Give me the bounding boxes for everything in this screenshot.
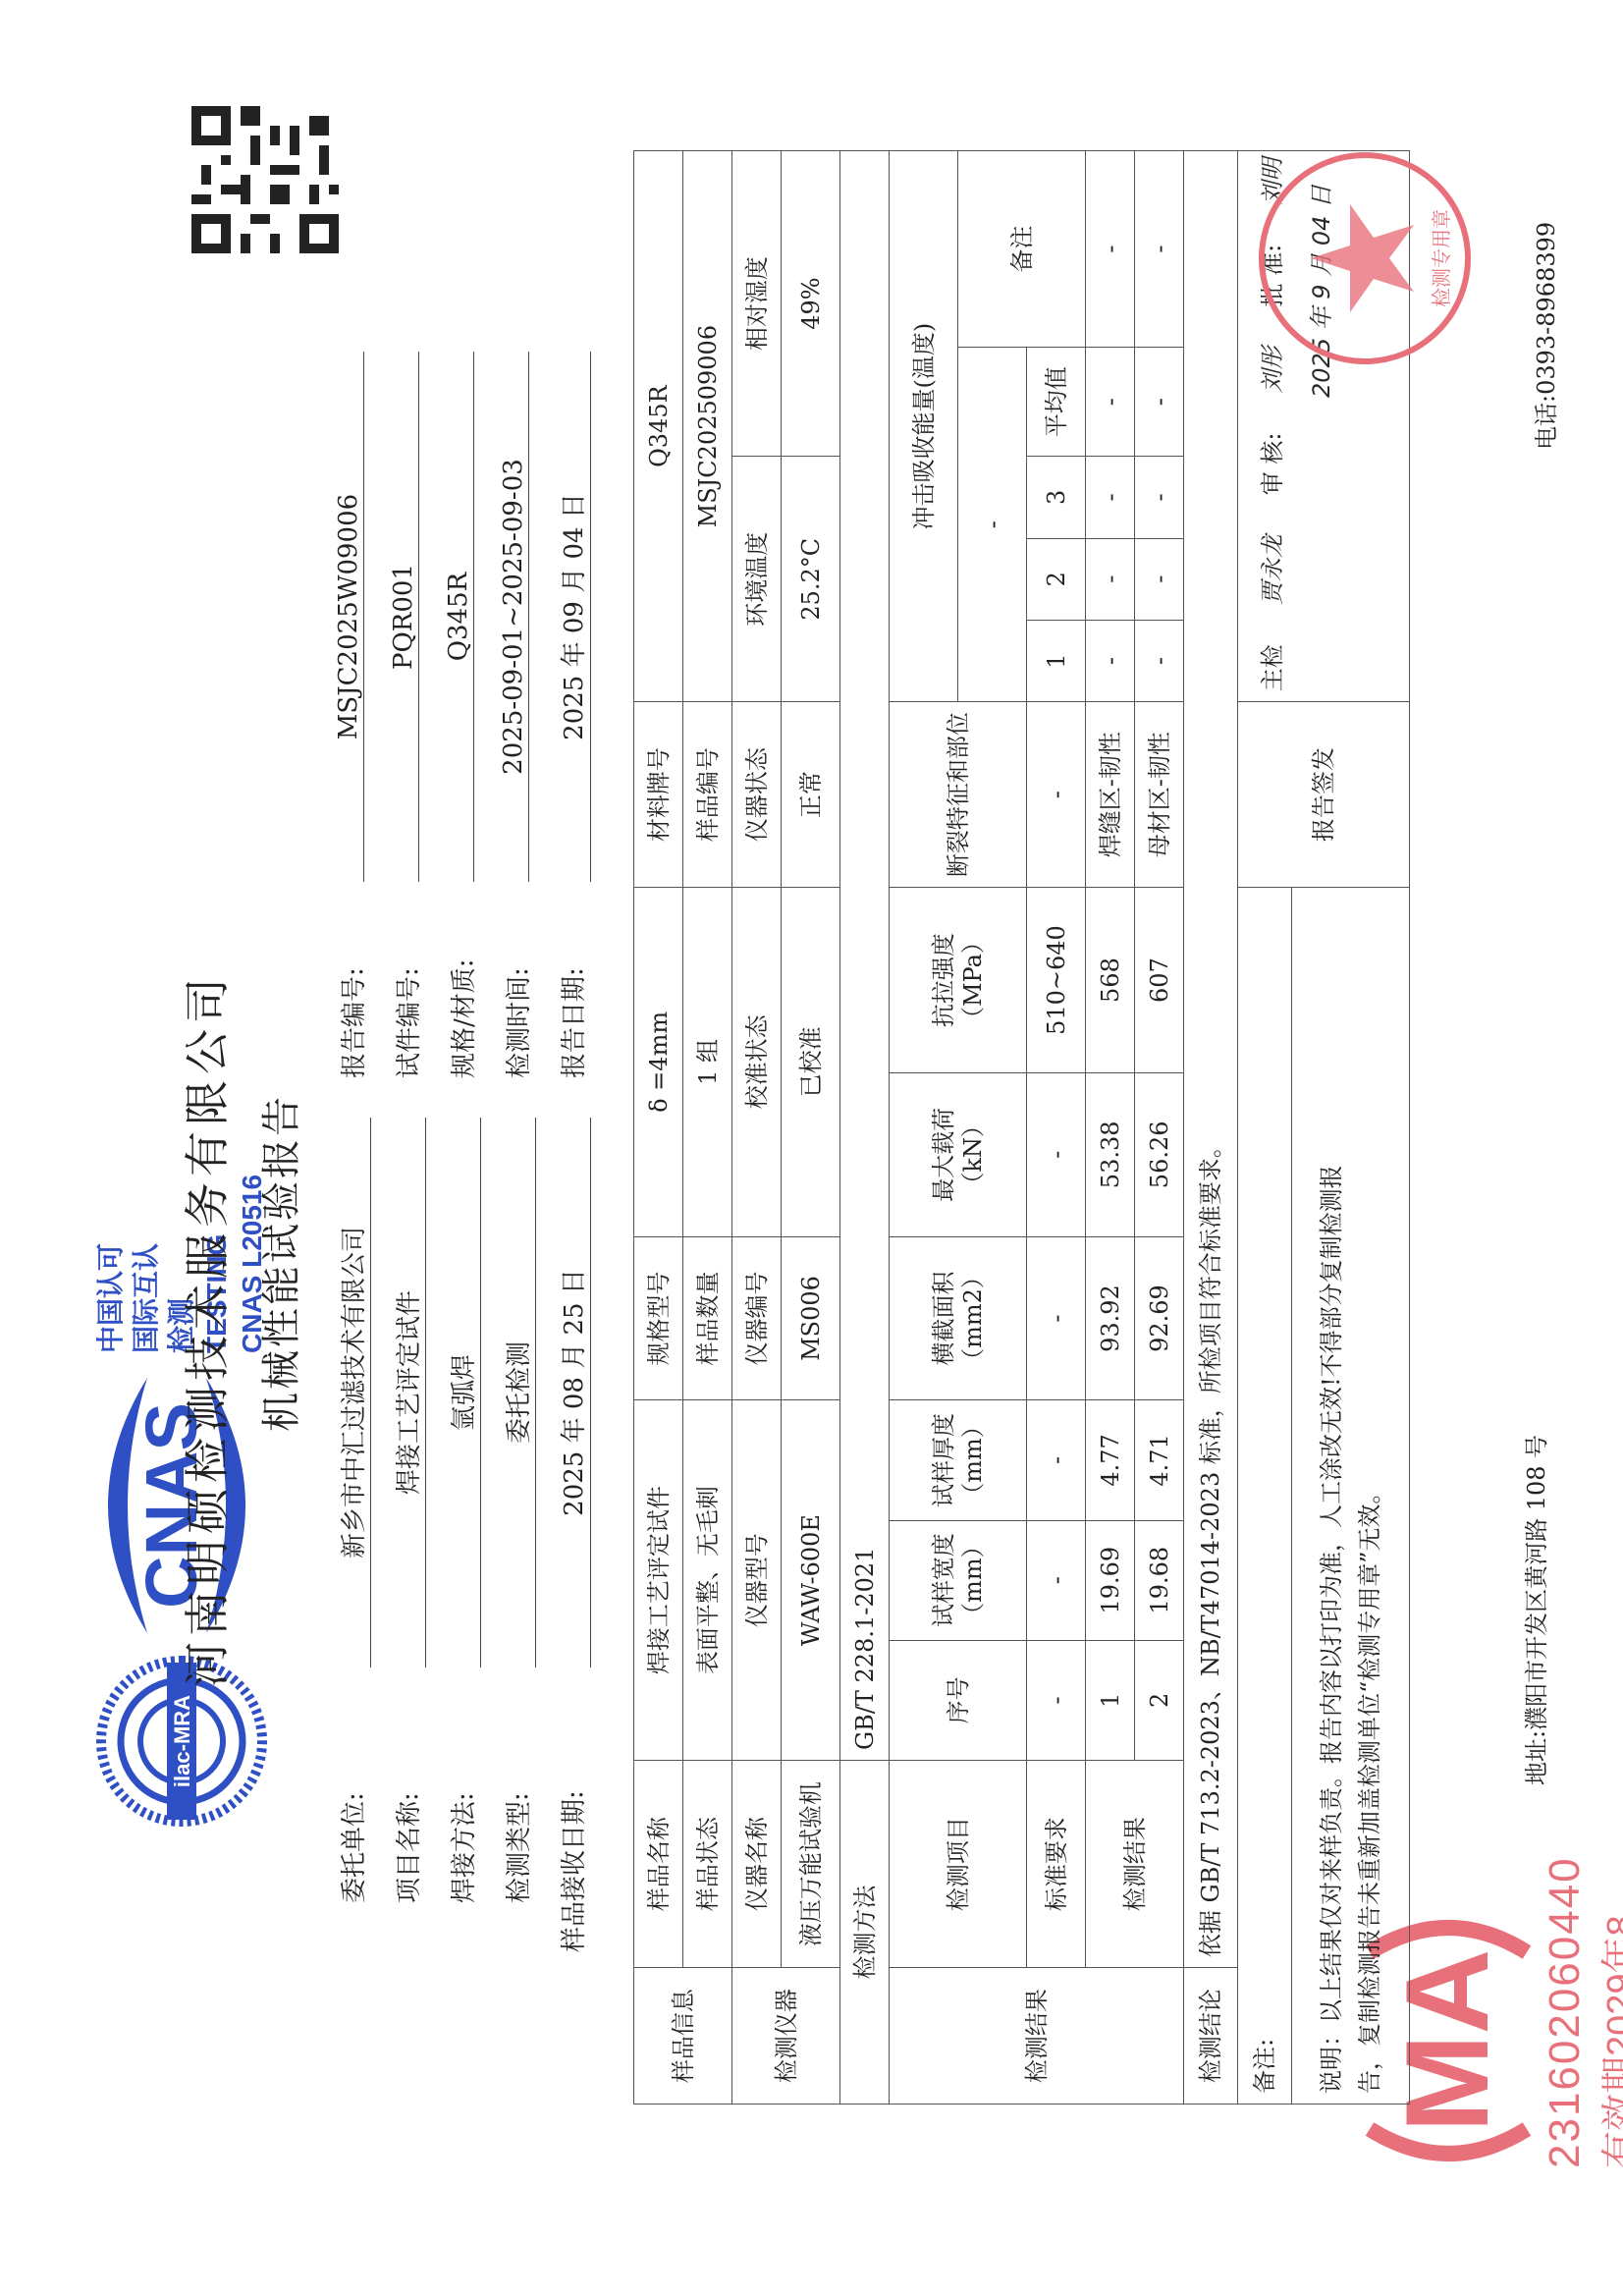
cell-value: 19.69 xyxy=(1086,1520,1135,1640)
cell-value: 510~640 xyxy=(1027,888,1086,1073)
ma-stamp-validity: 有效期2029年8月13日 xyxy=(1590,1893,1623,2168)
seal-star-icon: 检测专用章 xyxy=(1252,145,1478,371)
specimen-no-value: PQR001 xyxy=(389,352,419,882)
impact-sub: 2 xyxy=(1027,538,1086,620)
cell-value: 2 xyxy=(1135,1640,1184,1760)
receipt-date-label: 样品接收日期: xyxy=(554,1790,590,1952)
cell-value: 正常 xyxy=(782,702,840,888)
client-label: 委托单位: xyxy=(334,1792,370,1903)
cell-value: - xyxy=(1027,1640,1086,1760)
cell-label: 样品编号 xyxy=(683,702,732,888)
cell-value: - xyxy=(1135,620,1184,701)
cell-value: 表面平整、无毛刺 xyxy=(683,1400,732,1761)
impact-sub: 1 xyxy=(1027,620,1086,701)
cell-value: 液压万能试验机 xyxy=(782,1761,840,1968)
footer-address: 地址:濮阳市开发区黄河路 108 号 xyxy=(1517,1435,1551,1785)
cnas-line2: 国际互认 xyxy=(129,1175,164,1353)
report-no-value: MSJC2025W09006 xyxy=(334,352,364,882)
impact-temp: - xyxy=(958,348,1027,702)
spec-material-value: Q345R xyxy=(444,352,474,882)
col-impact: 冲击吸收能量(温度) xyxy=(890,151,958,702)
cell-value: - xyxy=(1027,1236,1086,1400)
svg-text:ilac-MRA: ilac-MRA xyxy=(170,1695,194,1787)
cell-value: 607 xyxy=(1135,888,1184,1073)
report-page: MA 231602060440 有效期2029年8月13日 ilac-MRA C… xyxy=(0,0,1623,2296)
cell-value: - xyxy=(1086,538,1135,620)
cell-value: 1 组 xyxy=(683,888,732,1237)
cell-label: 仪器编号 xyxy=(732,1236,782,1400)
col-thickness: 试样厚度（mm） xyxy=(890,1400,1027,1520)
weld-method-value: 氩弧焊 xyxy=(444,1118,481,1667)
cell-value: 92.69 xyxy=(1135,1236,1184,1400)
cell-value: 母材区-韧性 xyxy=(1135,702,1184,888)
cell-value: 25.2°C xyxy=(782,457,840,702)
cell-value: 4.71 xyxy=(1135,1400,1184,1520)
cell-value: WAW-600E xyxy=(782,1400,840,1761)
cell-label: 仪器状态 xyxy=(732,702,782,888)
method-label: 检测方法 xyxy=(840,1761,890,2105)
test-period-label: 检测时间: xyxy=(499,967,535,1078)
cell-value: - xyxy=(1135,151,1184,348)
report-date-label: 报告日期: xyxy=(554,967,590,1078)
cell-label: 相对湿度 xyxy=(732,151,782,457)
cell-label: 规格型号 xyxy=(634,1236,683,1400)
report-date-value: 2025 年 09 月 04 日 xyxy=(554,352,591,882)
test-result-label: 检测结果 xyxy=(1086,1761,1184,1968)
statement-line2: 告，复制检测报告未重新加盖检测单位“检测专用章”无效。 xyxy=(1351,892,1388,2094)
report-title: 机械性能试验报告 xyxy=(250,1094,306,1432)
cell-value: 已校准 xyxy=(782,888,840,1237)
qr-code[interactable] xyxy=(191,106,339,253)
cell-value: - xyxy=(1135,538,1184,620)
weld-method-label: 焊接方法: xyxy=(444,1792,480,1903)
col-width: 试样宽度（mm） xyxy=(890,1520,1027,1640)
col-fracture: 断裂特征和部位 xyxy=(890,702,1027,888)
test-type-value: 委托检测 xyxy=(499,1118,536,1667)
main-table: 样品信息 样品名称 焊接工艺评定试件 规格型号 δ =4mm 材料牌号 Q345… xyxy=(633,150,1410,2105)
signoff-label: 报告签发 xyxy=(1238,702,1410,888)
cell-label: 样品数量 xyxy=(683,1236,732,1400)
project-value: 焊接工艺评定试件 xyxy=(389,1118,426,1667)
conclusion-label: 检测结论 xyxy=(1184,1968,1238,2105)
col-area: 横截面积（mm2） xyxy=(890,1236,1027,1400)
standard-label: 标准要求 xyxy=(1027,1761,1086,1968)
impact-sub: 平均值 xyxy=(1027,348,1086,457)
instrument-section: 检测仪器 xyxy=(732,1968,840,2105)
cell-value: - xyxy=(1086,620,1135,701)
cell-label: 样品名称 xyxy=(634,1761,683,1968)
cell-label: 仪器名称 xyxy=(732,1761,782,1968)
remarks-label: 备注: xyxy=(1238,888,1292,2105)
svg-text:检测专用章: 检测专用章 xyxy=(1430,209,1453,307)
cell-value: 568 xyxy=(1086,888,1135,1073)
impact-sub: 3 xyxy=(1027,457,1086,538)
cell-value: 4.77 xyxy=(1086,1400,1135,1520)
cell-value: - xyxy=(1086,348,1135,457)
cnas-line1: 中国认可 xyxy=(93,1175,129,1353)
company-name: 河南明硕检测技术服务有限公司 xyxy=(172,972,237,1687)
cell-value: - xyxy=(1086,151,1135,348)
cell-label: 环境温度 xyxy=(732,457,782,702)
cell-label: 样品状态 xyxy=(683,1761,732,1968)
specimen-no-label: 试件编号: xyxy=(389,967,425,1078)
cell-value: MSJC202509006 xyxy=(683,151,732,702)
results-section: 检测结果 xyxy=(890,1968,1184,2105)
cell-value: Q345R xyxy=(634,151,683,702)
cell-value: - xyxy=(1027,1520,1086,1640)
cell-value: δ =4mm xyxy=(634,888,683,1237)
project-label: 项目名称: xyxy=(389,1792,425,1903)
cell-value: 56.26 xyxy=(1135,1073,1184,1237)
inspection-seal: 检测专用章 xyxy=(1252,145,1482,371)
inspector-signature: 贾永龙 xyxy=(1258,534,1287,605)
col-load: 最大载荷（kN） xyxy=(890,1073,1027,1237)
inspector-label: 主检 xyxy=(1258,644,1287,691)
cell-value: 49% xyxy=(782,151,840,457)
cell-value: - xyxy=(1135,348,1184,457)
test-type-label: 检测类型: xyxy=(499,1792,535,1903)
cell-value: - xyxy=(1027,702,1086,888)
footer-phone: 电话:0393-8968399 xyxy=(1527,222,1561,450)
sample-info-section: 样品信息 xyxy=(634,1968,732,2105)
receipt-date-value: 2025 年 08 月 25 日 xyxy=(554,1118,591,1667)
test-period-value: 2025-09-01~2025-09-03 xyxy=(499,352,529,882)
cell-value: 焊接工艺评定试件 xyxy=(634,1400,683,1761)
cell-value: 焊缝区-韧性 xyxy=(1086,702,1135,888)
method-value: GB/T 228.1-2021 xyxy=(840,151,890,1761)
table-row: 检测结果 1 19.69 4.77 93.92 53.38 568 焊缝区-韧性… xyxy=(1086,151,1135,2105)
spec-material-label: 规格/材质: xyxy=(444,958,480,1078)
cell-value: 53.38 xyxy=(1086,1073,1135,1237)
qr-code-icon xyxy=(191,106,339,253)
client-value: 新乡市中汇过滤技术有限公司 xyxy=(334,1118,371,1667)
cell-value: - xyxy=(1086,457,1135,538)
cell-value: - xyxy=(1027,1400,1086,1520)
reviewer-label: 审 核: xyxy=(1258,433,1287,496)
cell-label: 材料牌号 xyxy=(634,702,683,888)
statement: 说明：以上结果仅对来样负责。报告内容以打印为准，人工涂改无效!不得部分复制检测报… xyxy=(1292,888,1410,2105)
cell-value: MS006 xyxy=(782,1236,840,1400)
statement-line1: 说明：以上结果仅对来样负责。报告内容以打印为准，人工涂改无效!不得部分复制检测报 xyxy=(1313,892,1350,2094)
col-strength: 抗拉强度（MPa） xyxy=(890,888,1027,1073)
cell-value: 1 xyxy=(1086,1640,1135,1760)
col-item: 检测项目 xyxy=(890,1761,1027,1968)
cell-label: 仪器型号 xyxy=(732,1400,782,1761)
cell-label: 校准状态 xyxy=(732,888,782,1237)
cell-value: - xyxy=(1135,457,1184,538)
ma-stamp-number: 231602060440 xyxy=(1541,1893,1590,2168)
conclusion-text: 依据 GB/T 713.2-2023、NB/T47014-2023 标准，所检项… xyxy=(1184,151,1238,1968)
cell-value: 19.68 xyxy=(1135,1520,1184,1640)
report-no-label: 报告编号: xyxy=(334,967,370,1078)
col-seq: 序号 xyxy=(890,1640,1027,1760)
col-remark: 备注 xyxy=(958,151,1086,348)
cell-value: 93.92 xyxy=(1086,1236,1135,1400)
cell-value: - xyxy=(1027,1073,1086,1237)
